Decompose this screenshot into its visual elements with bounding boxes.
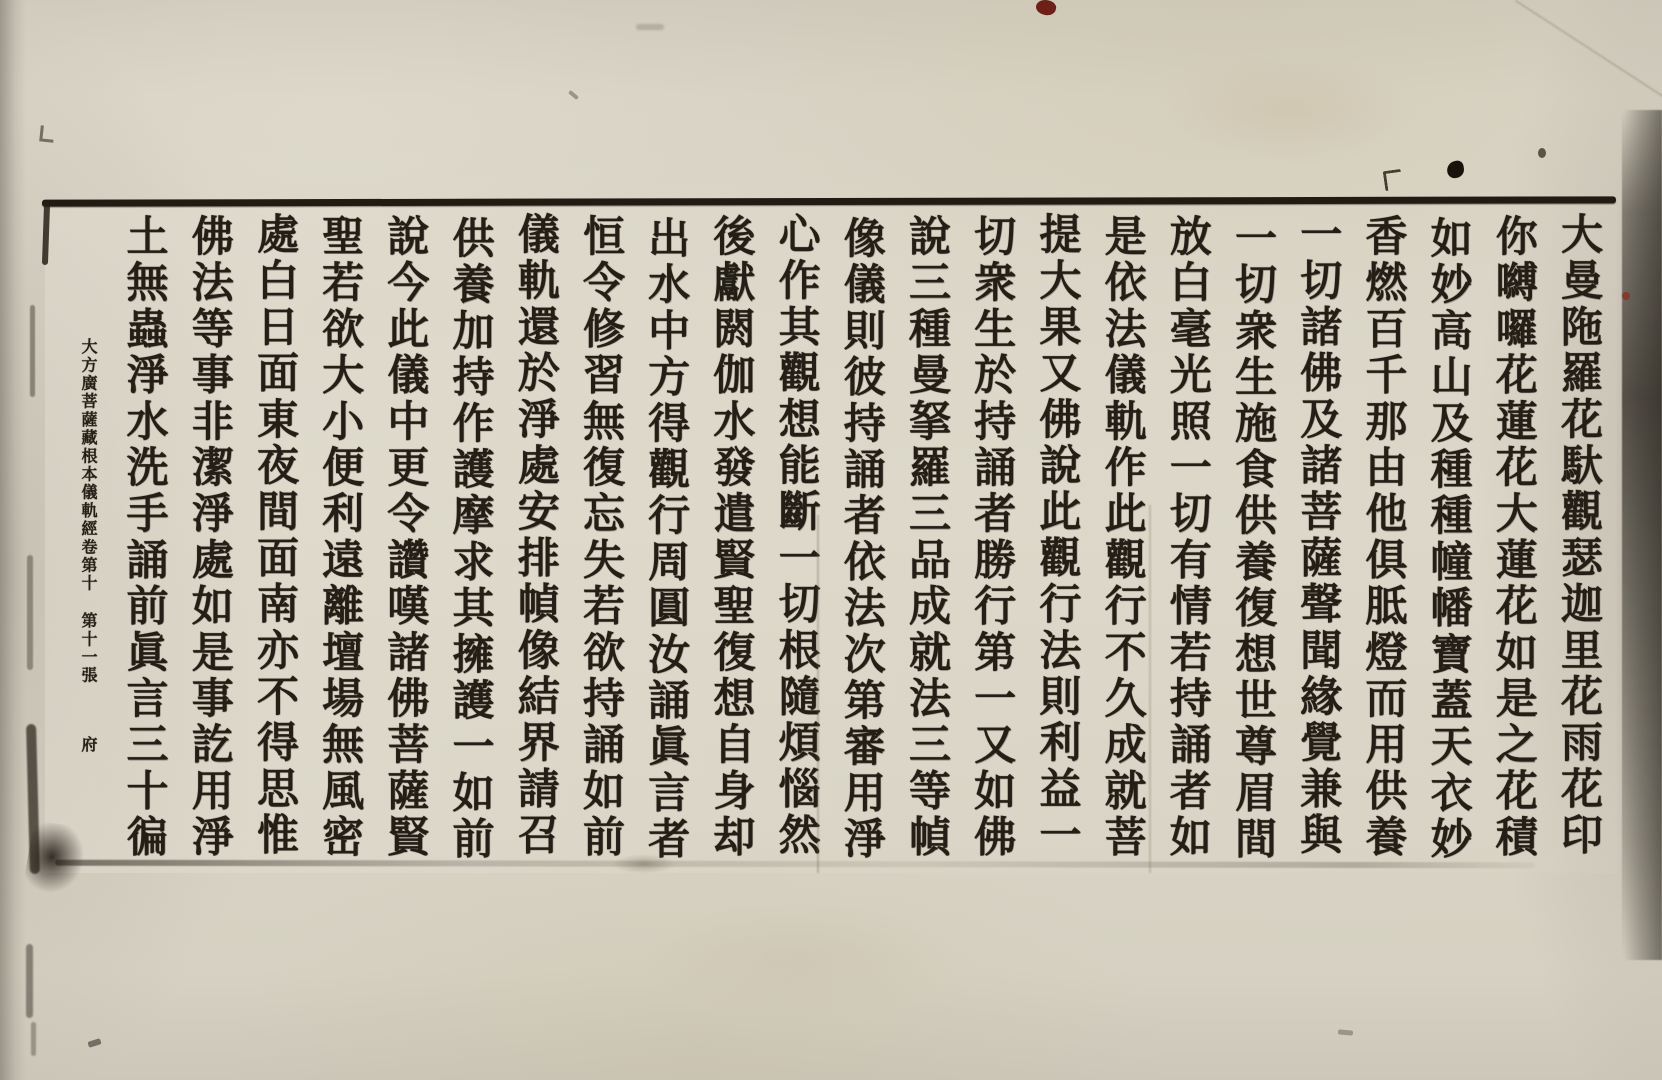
paper-crease: [1149, 505, 1151, 873]
text-column: 後獻閼伽水發遣賢聖復想自身却: [699, 214, 764, 864]
paper-speck: [568, 90, 579, 100]
text-column: 供養加持作護摩求其擁護一如前: [438, 216, 503, 866]
text-column: 儀軌還於淨處安排幀像結界請召: [504, 212, 569, 862]
page-edge-mark: [26, 944, 33, 1018]
ink-stain: [1446, 160, 1466, 180]
text-column: 土無蟲淨水洗手誦前眞言三十徧: [112, 214, 177, 864]
sutra-page-scan: 大曼陁羅花馱觀瑟迦里花雨花印 你嚩囉花蓮花大蓮花如是之花積 如妙高山及種種幢幡寶…: [0, 0, 1662, 1080]
page-edge-mark: [31, 1022, 36, 1056]
ink-hook-mark: [1383, 169, 1404, 191]
text-column: 放白毫光照一切有情若持誦者如: [1156, 214, 1221, 864]
colophon-scripture-title: 大方廣菩薩藏根本儀軌經卷第十: [77, 338, 100, 594]
text-column: 是依法儀軌作此觀行不久成就菩: [1090, 214, 1155, 864]
text-column: 處白日面東夜間面南亦不得思惟: [243, 212, 308, 862]
ink-smudge-corner: [22, 820, 89, 899]
block-border-left-mark: [27, 555, 33, 670]
text-column: 佛法等事非潔淨處如是事訖用淨: [178, 214, 243, 864]
sutra-text-block: 大曼陁羅花馱觀瑟迦里花雨花印 你嚩囉花蓮花大蓮花如是之花積 如妙高山及種種幢幡寶…: [112, 214, 1612, 868]
text-column: 一切衆生施食供養復想世尊眉間: [1221, 216, 1286, 866]
text-column: 一切諸佛及諸菩薩聲聞緣覺兼與: [1286, 212, 1351, 862]
page-edge-left: [0, 0, 26, 1080]
red-ink-dot: [1622, 292, 1630, 300]
paper-speck: [87, 1038, 101, 1048]
text-column: 出水中方得觀行周圓汝誦眞言者: [634, 216, 699, 866]
text-column: 說今此儀中更令讚嘆諸佛菩薩賢: [373, 214, 438, 864]
paper-speck: [1338, 1029, 1353, 1035]
corner-mark: [39, 125, 55, 142]
text-column: 你嚩囉花蓮花大蓮花如是之花積: [1482, 214, 1547, 864]
red-ink-stain: [1034, 0, 1057, 17]
text-column: 切衆生於持誦者勝行第一又如佛: [960, 214, 1025, 864]
text-column: 恒令修習無復忘失若欲持誦如前: [569, 214, 634, 864]
board-edge-right: [1622, 110, 1662, 960]
ink-stain: [1538, 148, 1546, 158]
colophon-sheet-number: 第十一張: [77, 612, 100, 692]
paper-stain: [640, 900, 960, 1020]
paper-crease: [1515, 0, 1662, 118]
paper-crease: [817, 515, 819, 873]
paper-smudge: [636, 24, 664, 30]
paper-stain: [1160, 55, 1420, 165]
text-column: 心作其觀想能斷一切根隨煩惱然: [764, 212, 829, 862]
ink-smudge: [612, 854, 676, 874]
text-column: 如妙高山及種種幢幡寶蓋天衣妙: [1416, 216, 1481, 866]
colophon-carver-mark: 府: [77, 736, 100, 760]
text-column: 聖若欲大小便利遠離壇場無風密: [308, 214, 373, 864]
block-border-left-mark: [30, 305, 35, 397]
text-column: 大曼陁羅花馱觀瑟迦里花雨花印: [1547, 212, 1612, 862]
text-column: 像儀則彼持誦者依法次第審用淨: [830, 216, 895, 866]
text-column: 說三種曼拏羅三品成就法三等幀: [895, 214, 960, 864]
text-column: 提大果又佛說此觀行法則利益一: [1025, 212, 1090, 862]
text-column: 香燃百千那由他俱胝燈而用供養: [1351, 214, 1416, 864]
